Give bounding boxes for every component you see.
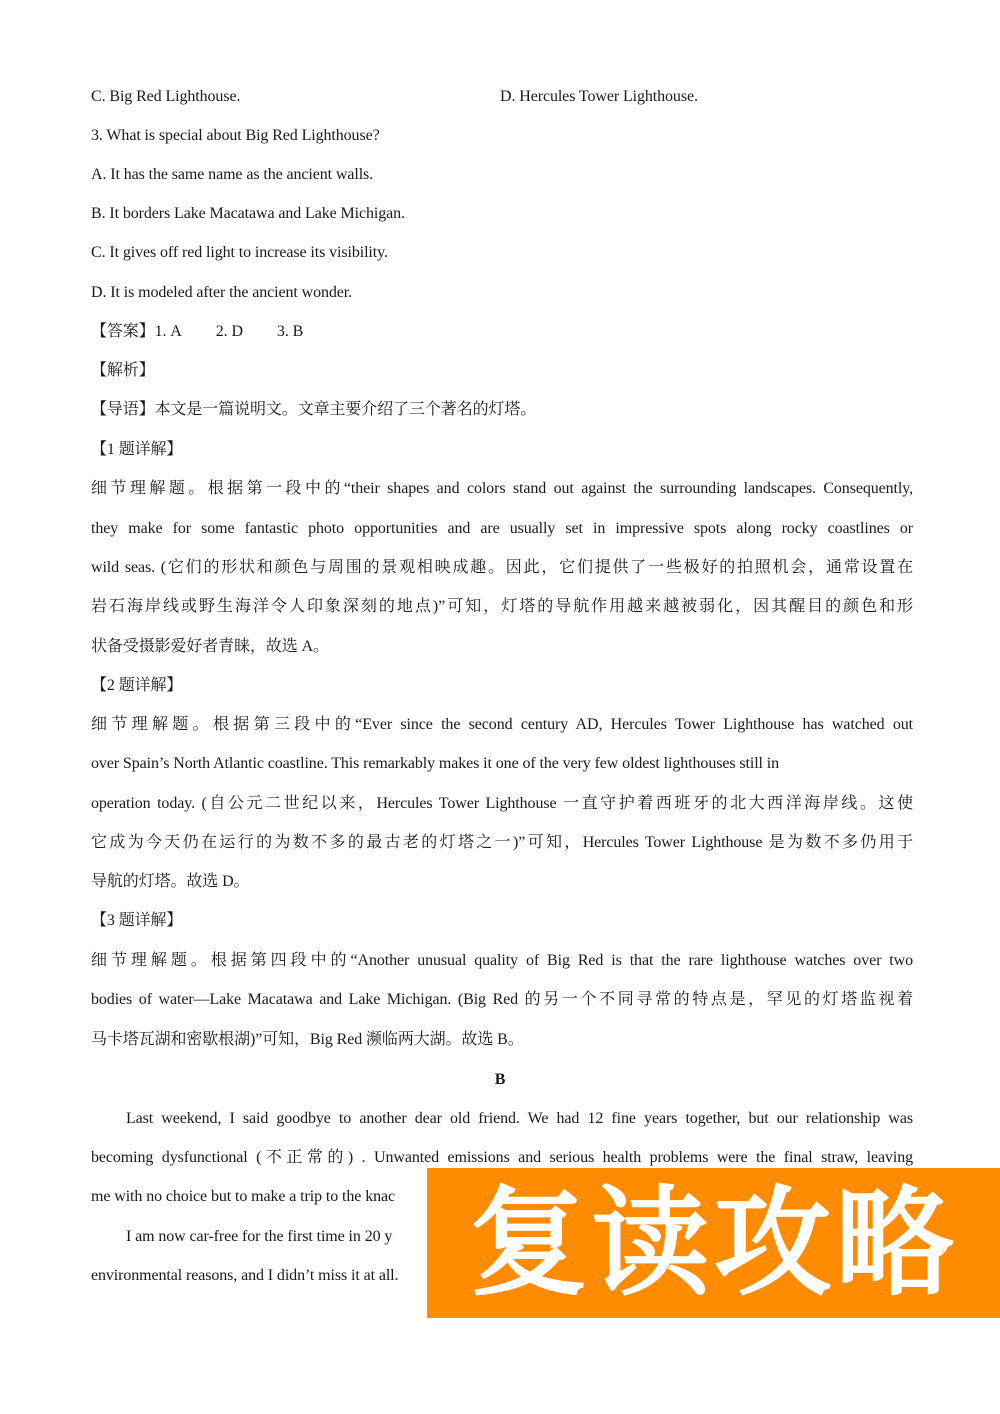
passage-b-title: B	[0, 1070, 1000, 1090]
q1-heading: 【1 题详解】	[91, 440, 182, 460]
q3-option-a: A. It has the same name as the ancient w…	[91, 165, 373, 185]
q2-line: over Spain’s North Atlantic coastline. T…	[91, 754, 779, 774]
q1-line: 状备受摄影爱好者青睐，故选 A。	[91, 637, 329, 657]
watermark-banner: 复读攻略	[427, 1168, 1000, 1318]
q2-line: 细节理解题。根据第三段中的“Ever since the second cent…	[91, 715, 913, 735]
analysis-label: 【解析】	[91, 361, 155, 381]
answer-3: 3. B	[277, 323, 303, 340]
passage-line: me with no choice but to make a trip to …	[91, 1187, 395, 1207]
q3-line: 马卡塔瓦湖和密歇根湖)”可知，Big Red 濒临两大湖。故选 B。	[91, 1030, 524, 1050]
passage-line: Last weekend, I said goodbye to another …	[126, 1109, 913, 1129]
q2-option-d: D. Hercules Tower Lighthouse.	[500, 87, 698, 107]
q1-line: wild seas. (它们的形状和颜色与周围的景观相映成趣。因此，它们提供了一…	[91, 558, 913, 578]
q3-option-c: C. It gives off red light to increase it…	[91, 243, 388, 263]
q3-line: bodies of water—Lake Macatawa and Lake M…	[91, 990, 913, 1010]
answer-2: 2. D	[216, 323, 243, 340]
q2-line: 它成为今天仍在运行的为数不多的最古老的灯塔之一)”可知，Hercules Tow…	[91, 833, 913, 853]
question-3-stem: 3. What is special about Big Red Lightho…	[91, 126, 380, 146]
answer-label: 【答案】	[91, 323, 155, 340]
q1-line: 岩石海岸线或野生海洋令人印象深刻的地点)”可知，灯塔的导航作用越来越被弱化，因其…	[91, 597, 913, 617]
answer-1: 1. A	[155, 323, 182, 340]
q2-heading: 【2 题详解】	[91, 676, 182, 696]
q3-option-d: D. It is modeled after the ancient wonde…	[91, 283, 352, 303]
q1-line: 细节理解题。根据第一段中的“their shapes and colors st…	[91, 479, 913, 499]
passage-line: becoming dysfunctional (不正常的) . Unwanted…	[91, 1148, 913, 1168]
passage-line: I am now car-free for the first time in …	[126, 1227, 392, 1247]
q1-line: they make for some fantastic photo oppor…	[91, 519, 913, 539]
q2-line: 导航的灯塔。故选 D。	[91, 872, 249, 892]
watermark-text: 复读攻略	[469, 1184, 957, 1302]
q3-option-b: B. It borders Lake Macatawa and Lake Mic…	[91, 204, 405, 224]
analysis-intro: 【导语】本文是一篇说明文。文章主要介绍了三个著名的灯塔。	[91, 400, 536, 420]
q3-heading: 【3 题详解】	[91, 911, 182, 931]
q2-option-c: C. Big Red Lighthouse.	[91, 87, 240, 107]
q3-line: 细节理解题。根据第四段中的“Another unusual quality of…	[91, 951, 913, 971]
q2-line: operation today. (自公元二世纪以来，Hercules Towe…	[91, 794, 913, 814]
document-page: C. Big Red Lighthouse. D. Hercules Tower…	[0, 0, 1000, 1414]
passage-line: environmental reasons, and I didn’t miss…	[91, 1266, 398, 1286]
answer-key: 【答案】1. A2. D3. B	[91, 322, 303, 342]
